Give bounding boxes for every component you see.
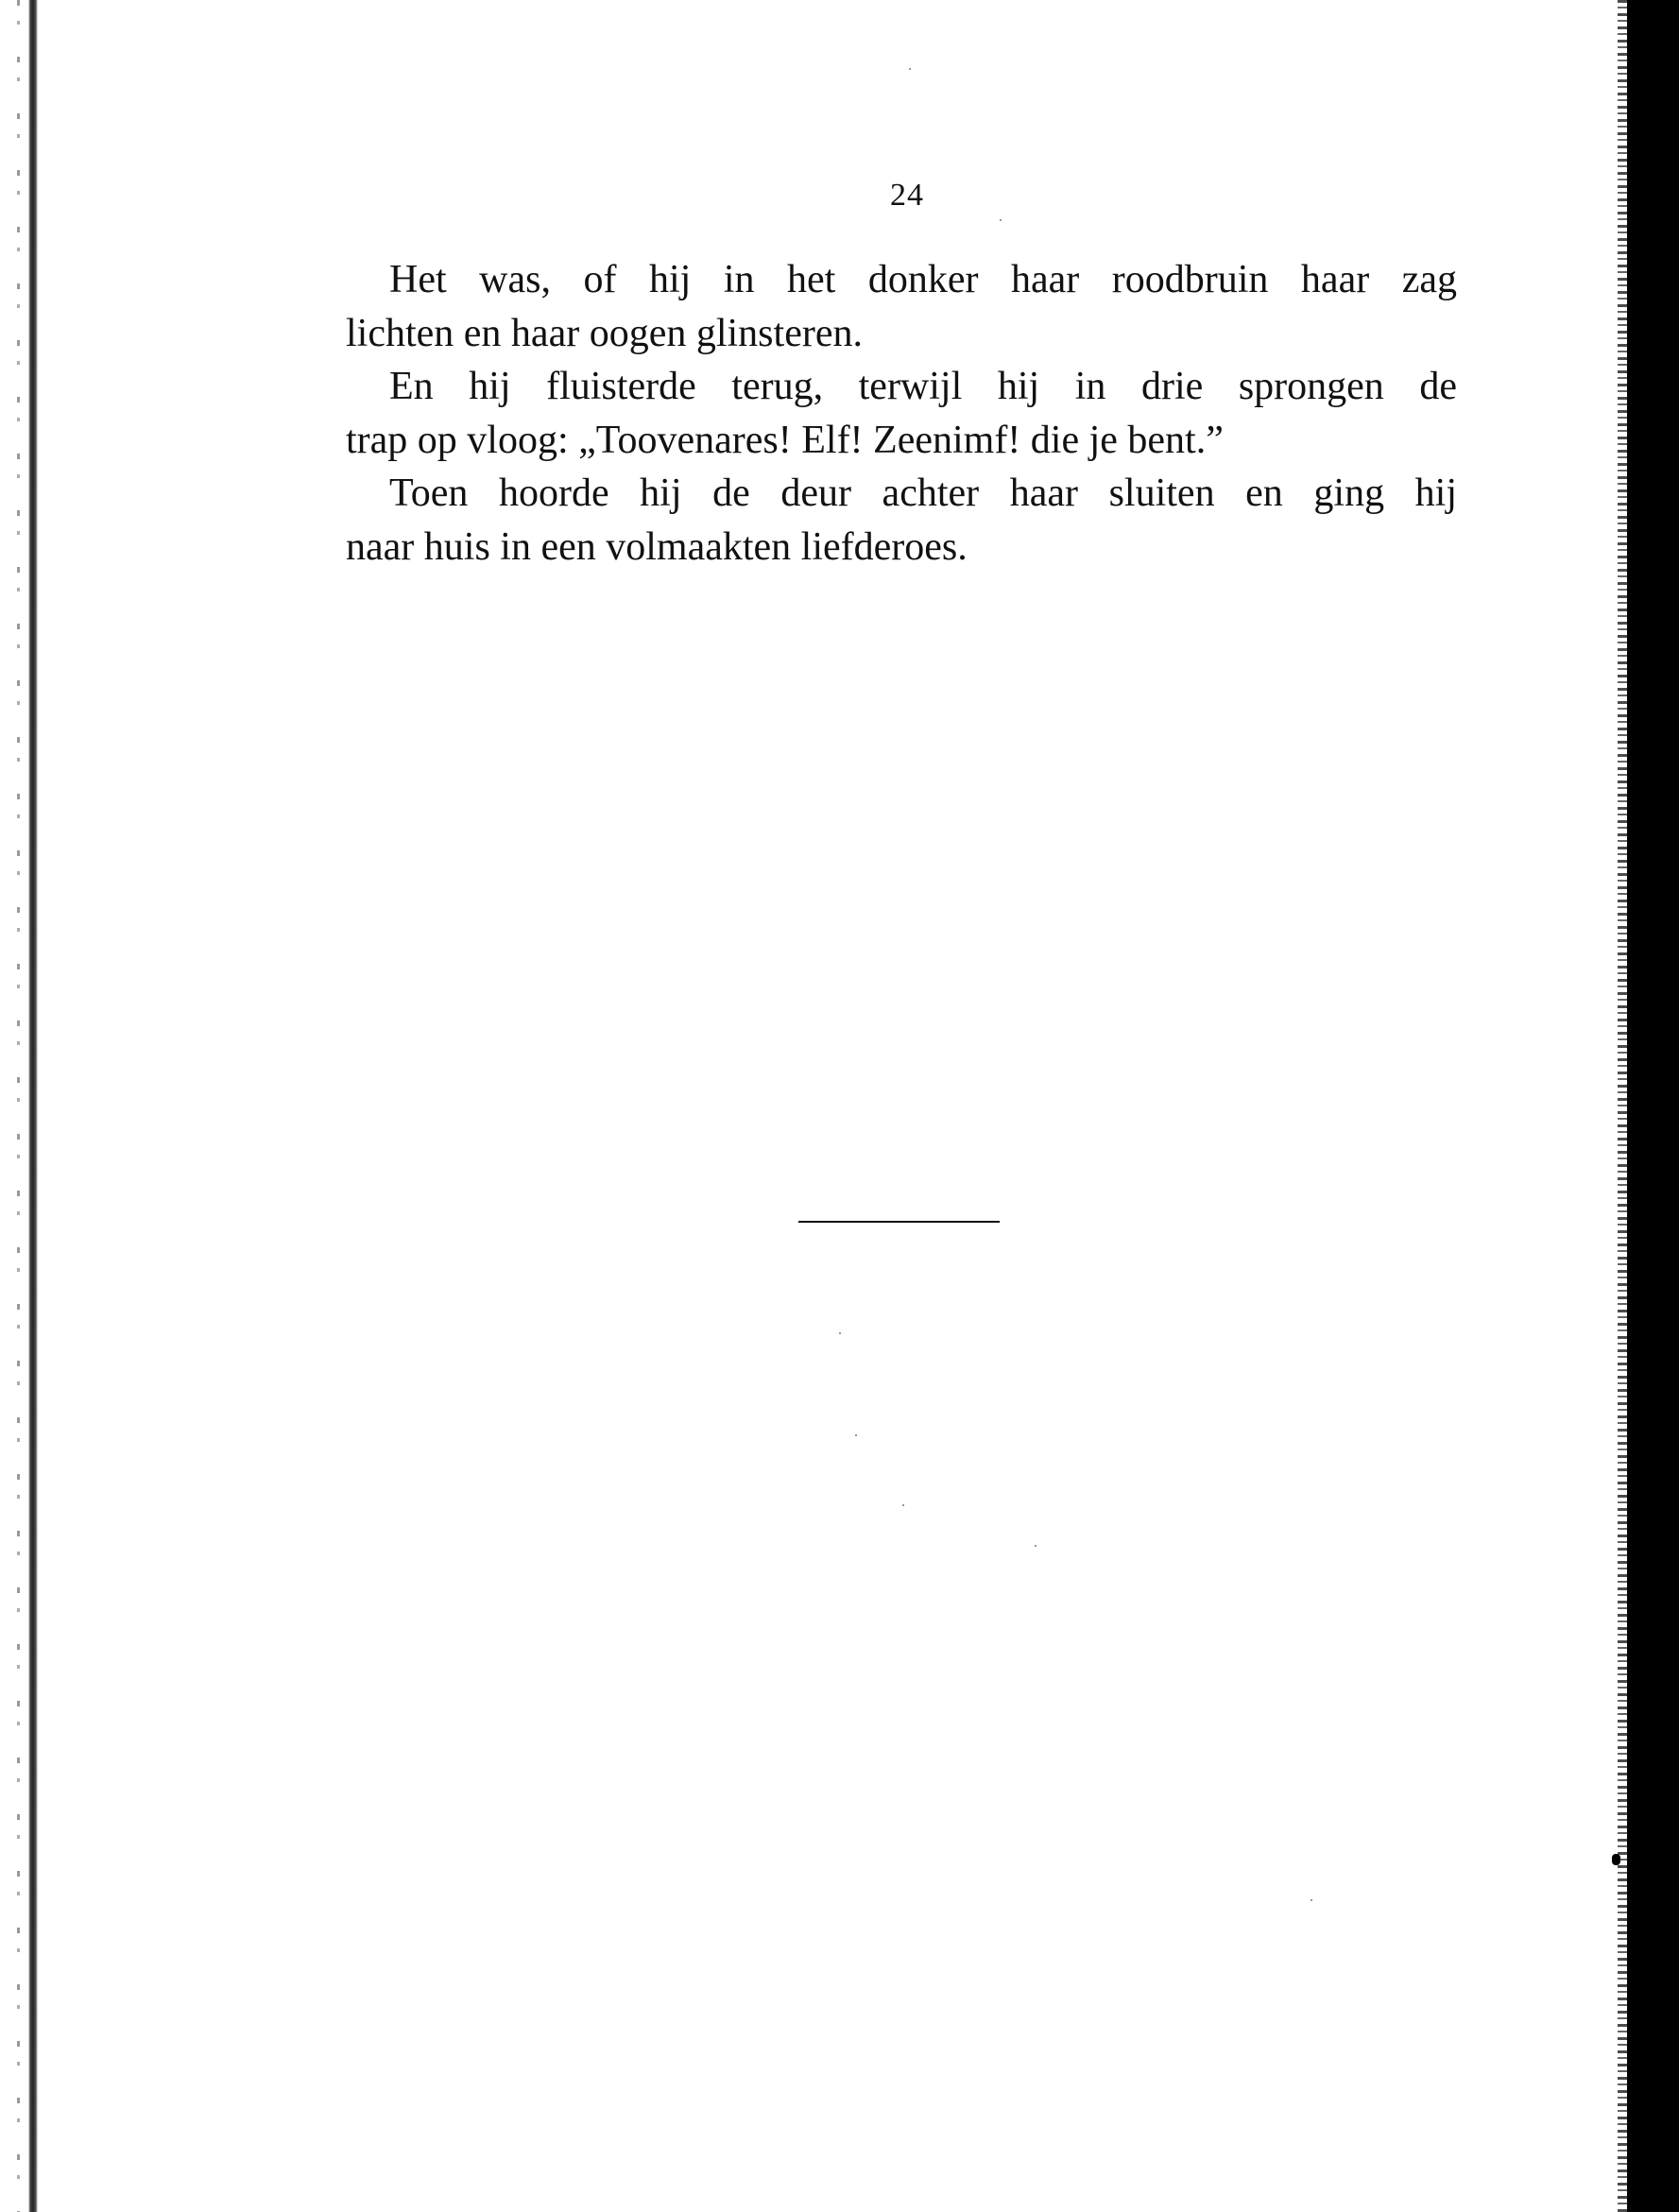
section-end-rule [798, 1221, 1000, 1223]
scan-speck [1035, 1545, 1037, 1547]
paragraph-3: Toen hoorde hij de deur achter haar slui… [346, 467, 1457, 574]
scan-speck [1000, 219, 1002, 221]
scan-speck [1311, 1899, 1312, 1901]
binding-edge-speckle [17, 0, 20, 2212]
paragraph-2: En hij fluisterde terug, terwijl hij in … [346, 360, 1457, 467]
text-line: trap op vloog: „Toovenares! Elf! Zeenimf… [346, 414, 1457, 468]
page-number: 24 [0, 178, 1679, 214]
text-line: lichten en haar oogen glinsteren. [346, 307, 1457, 361]
scan-speck [902, 1504, 904, 1506]
page-edge-shadow [1627, 0, 1679, 2212]
binding-edge-shadow [28, 0, 38, 2212]
text-line: En hij fluisterde terug, terwijl hij in … [346, 360, 1457, 414]
text-line: Het was, of hij in het donker haar roodb… [346, 253, 1457, 307]
text-line: naar huis in een volmaakten liefderoes. [346, 521, 1457, 574]
scan-speck [909, 68, 911, 70]
paragraph-1: Het was, of hij in het donker haar roodb… [346, 253, 1457, 360]
scan-speck [855, 1434, 857, 1436]
scan-blot [1612, 1854, 1620, 1865]
scan-speck [839, 1332, 841, 1334]
body-text: Het was, of hij in het donker haar roodb… [346, 253, 1457, 574]
text-line: Toen hoorde hij de deur achter haar slui… [346, 467, 1457, 521]
